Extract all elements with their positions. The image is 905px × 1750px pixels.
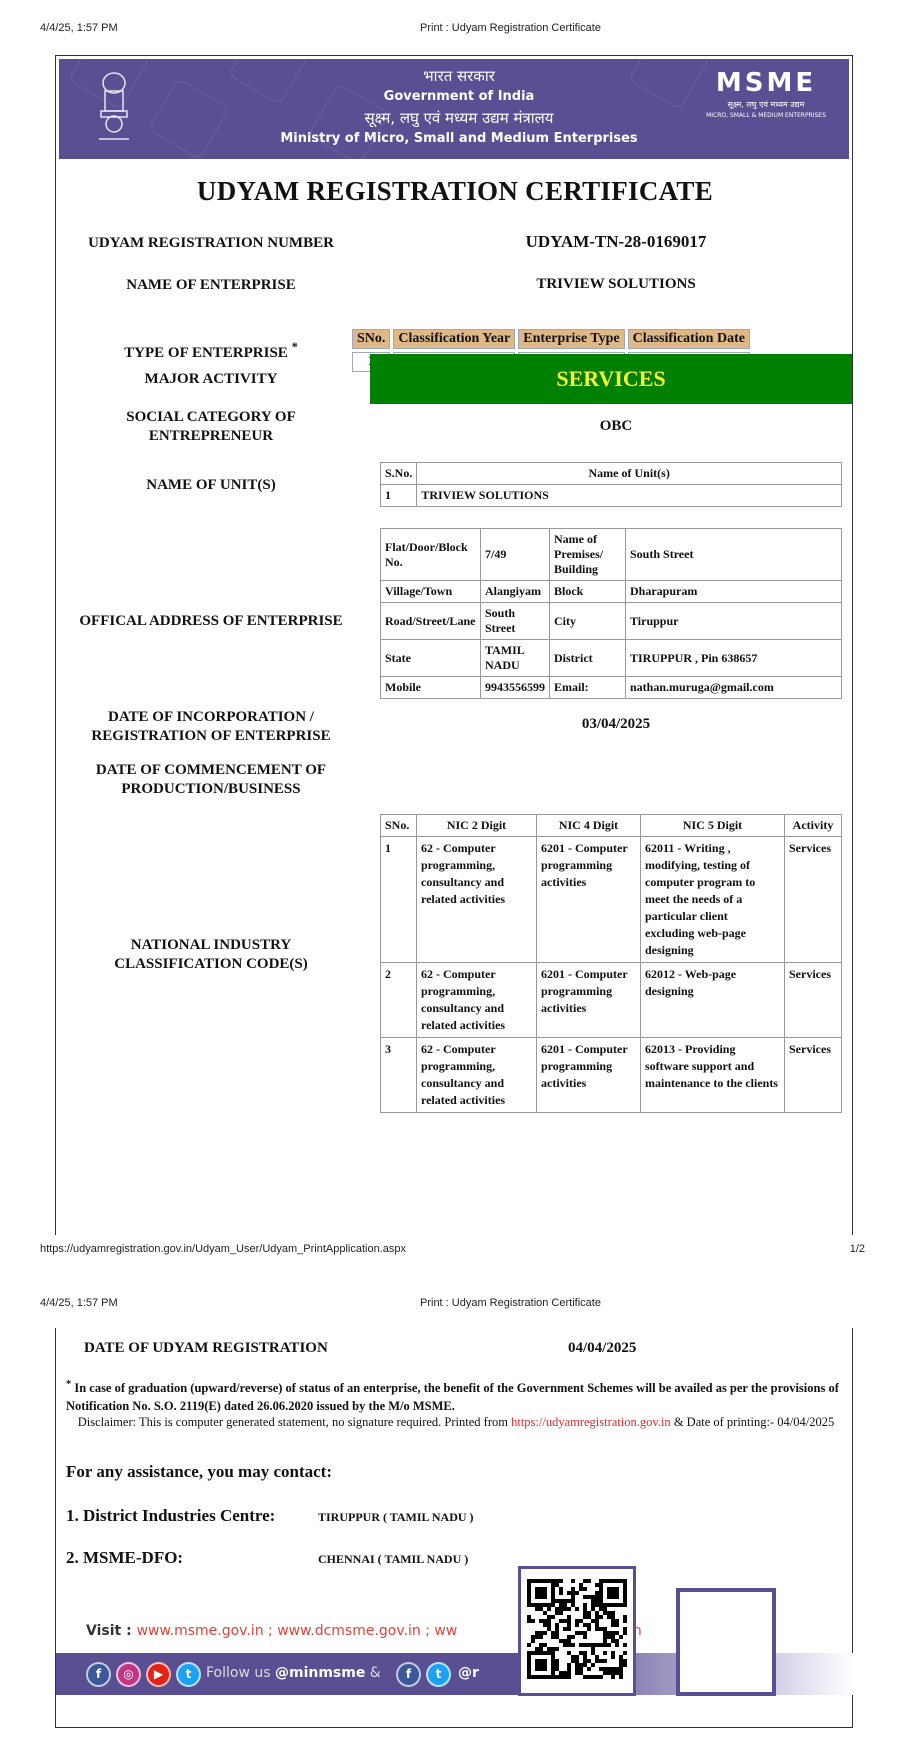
udyam-reg-date: 04/04/2025 [568,1340,636,1357]
units-label: NAME OF UNIT(S) [66,476,356,495]
reg-number-value: UDYAM-TN-28-0169017 [386,232,846,252]
table-row: 362 - Computer programming, consultancy … [381,1038,842,1113]
address-label: OFFICAL ADDRESS OF ENTERPRISE [66,612,356,631]
udyam-reg-date-label: DATE OF UDYAM REGISTRATION [84,1340,328,1357]
certificate-page-1: भारत सरकार Government of India सूक्ष्म, … [55,55,853,1235]
print-header: 4/4/25, 1:57 PM Print : Udyam Registrati… [0,22,905,42]
twitter-icon-2[interactable]: t [426,1662,451,1687]
qr-code [518,1566,636,1696]
nic-table: SNo. NIC 2 Digit NIC 4 Digit NIC 5 Digit… [380,814,842,1113]
follow-us-text: Follow us @minmsme & [206,1665,381,1681]
contact-dic-label: 1. District Industries Centre: [66,1506,275,1526]
msme-logo-english: MICRO, SMALL & MEDIUM ENTERPRISES [701,111,831,120]
assistance-title: For any assistance, you may contact: [66,1462,332,1482]
address-table: Flat/Door/Block No.7/49Name of Premises/… [380,528,842,699]
banner-hindi-ministry: सूक्ष्म, लघु एवं मध्यम उद्यम मंत्रालय [259,107,659,129]
table-row: Road/Street/LaneSouth StreetCityTiruppur [381,603,842,640]
banner-hindi-gov: भारत सरकार [259,65,659,87]
social-category-label: SOCIAL CATEGORY OF ENTREPRENEUR [66,408,356,446]
incorporation-date: 03/04/2025 [386,716,846,733]
twitter-icon[interactable]: t [176,1662,201,1687]
units-table: S.No. Name of Unit(s) 1 TRIVIEW SOLUTION… [380,462,842,507]
table-row: 162 - Computer programming, consultancy … [381,837,842,963]
udyam-portal-link[interactable]: https://udyamregistration.gov.in [511,1415,671,1429]
certificate-title: UDYAM REGISTRATION CERTIFICATE [56,176,854,207]
print-header-page-2: 4/4/25, 1:57 PM Print : Udyam Registrati… [0,1297,905,1317]
contact-dfo-label: 2. MSME-DFO: [66,1548,183,1568]
qr-code-icon [521,1569,633,1693]
table-row: Mobile9943556599Email:nathan.muruga@gmai… [381,677,842,699]
incorporation-label: DATE OF INCORPORATION / REGISTRATION OF … [66,708,356,746]
msme-logo: MSME सूक्ष्म, लघु एवं मध्यम उद्यम MICRO,… [701,67,831,120]
print-datetime: 4/4/25, 1:57 PM [40,22,118,34]
major-activity-label: MAJOR ACTIVITY [66,370,356,389]
footnote: * In case of graduation (upward/reverse)… [66,1376,846,1415]
follow-handle[interactable]: @minmsme [275,1665,365,1681]
photo-placeholder [676,1588,776,1696]
table-row: Village/TownAlangiyamBlockDharapuram [381,581,842,603]
major-activity-value: SERVICES [370,354,852,404]
msme-logo-hindi: सूक्ष्म, लघु एवं मध्यम उद्यम [701,99,831,111]
print-title: Print : Udyam Registration Certificate [420,22,601,34]
msme-websites-link[interactable]: www.msme.gov.in ; www.dcmsme.gov.in ; ww [137,1623,458,1639]
enterprise-type-label: TYPE OF ENTERPRISE * [66,338,356,363]
youtube-icon[interactable]: ▶ [146,1662,171,1687]
table-row: Flat/Door/Block No.7/49Name of Premises/… [381,529,842,581]
follow-handle-2: @r [458,1665,479,1681]
table-row: StateTAMIL NADUDistrictTIRUPPUR , Pin 63… [381,640,842,677]
contact-dic-value: TIRUPPUR ( TAMIL NADU ) [318,1510,474,1525]
disclaimer: Disclaimer: This is computer generated s… [66,1414,846,1430]
enterprise-name-label: NAME OF ENTERPRISE [66,276,356,295]
asterisk-mark: * [292,340,298,354]
table-row: 262 - Computer programming, consultancy … [381,963,842,1038]
gov-banner: भारत सरकार Government of India सूक्ष्म, … [59,59,849,159]
print-url: https://udyamregistration.gov.in/Udyam_U… [40,1243,406,1255]
nic-label: NATIONAL INDUSTRY CLASSIFICATION CODE(S) [66,936,356,974]
national-emblem-icon [89,69,139,149]
facebook-icon[interactable]: f [86,1662,111,1687]
instagram-icon[interactable]: ◎ [116,1662,141,1687]
certificate-page-2: DATE OF UDYAM REGISTRATION 04/04/2025 * … [55,1328,853,1728]
msme-logo-mark: MSME [701,67,831,99]
reg-number-label: UDYAM REGISTRATION NUMBER [66,234,356,253]
facebook-icon-2[interactable]: f [396,1662,421,1687]
social-category-value: OBC [386,418,846,435]
page-number: 1/2 [850,1243,865,1255]
banner-english-gov: Government of India [259,87,659,107]
contact-dfo-value: CHENNAI ( TAMIL NADU ) [318,1552,468,1567]
banner-english-ministry: Ministry of Micro, Small and Medium Ente… [259,129,659,149]
commencement-label: DATE OF COMMENCEMENT OF PRODUCTION/BUSIN… [66,761,356,799]
table-row: 1 TRIVIEW SOLUTIONS [381,485,842,507]
enterprise-name-value: TRIVIEW SOLUTIONS [386,276,846,293]
